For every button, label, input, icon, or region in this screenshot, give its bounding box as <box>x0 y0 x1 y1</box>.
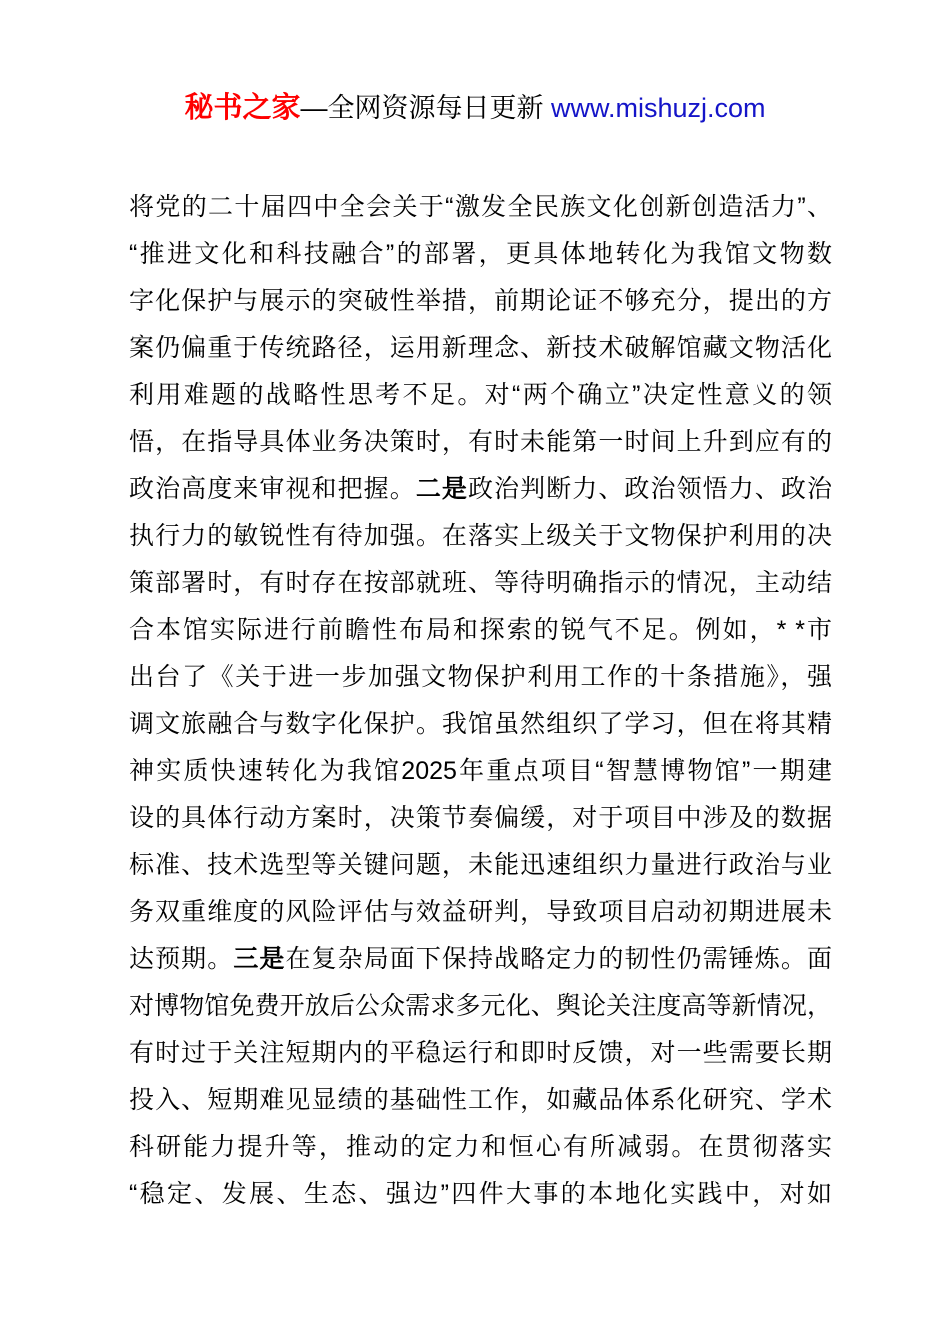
text-line: “推进文化和科技融合”的部署，更具体地转化为我馆文物数 <box>129 231 832 278</box>
text-run: “稳定、发展、生态、强边”四件大事的本地化实践中，对如 <box>129 1180 832 1208</box>
text-run: 利用难题的战略性思考不足。对“两个确立”决定性意义的领 <box>129 381 832 409</box>
text-run: 调文旅融合与数字化保护。我馆虽然组织了学习，但在将其精 <box>129 710 832 738</box>
text-run: 务双重维度的风险评估与效益研判，导致项目启动初期进展未 <box>129 898 832 926</box>
document-body: 将党的二十届四中全会关于“激发全民族文化创新创造活力”、“推进文化和科技融合”的… <box>129 184 832 1218</box>
text-run: 策部署时，有时存在按部就班、等待明确指示的情况，主动结 <box>129 569 832 597</box>
text-run: 设的具体行动方案时，决策节奏偏缓，对于项目中涉及的数据 <box>129 804 832 832</box>
text-line: 调文旅融合与数字化保护。我馆虽然组织了学习，但在将其精 <box>129 701 832 748</box>
text-line: 设的具体行动方案时，决策节奏偏缓，对于项目中涉及的数据 <box>129 795 832 842</box>
bold-run: 三是 <box>233 945 285 973</box>
text-line: 对博物馆免费开放后公众需求多元化、舆论关注度高等新情况， <box>129 983 832 1030</box>
text-line: 有时过于关注短期内的平稳运行和即时反馈，对一些需要长期 <box>129 1030 832 1077</box>
text-line: 达预期。三是在复杂局面下保持战略定力的韧性仍需锤炼。面 <box>129 936 832 983</box>
text-run: 悟，在指导具体业务决策时，有时未能第一时间上升到应有的 <box>129 428 832 456</box>
text-run: 在复杂局面下保持战略定力的韧性仍需锤炼。面 <box>285 945 832 973</box>
text-run: 出台了《关于进一步加强文物保护利用工作的十条措施》，强 <box>129 663 832 691</box>
site-url-link[interactable]: www.mishuzj.com <box>551 93 766 123</box>
text-line: 案仍偏重于传统路径，运用新理念、新技术破解馆藏文物活化 <box>129 325 832 372</box>
text-line: 执行力的敏锐性有待加强。在落实上级关于文物保护利用的决 <box>129 513 832 560</box>
text-run: 合本馆实际进行前瞻性布局和探索的锐气不足。例如，* *市 <box>129 616 832 644</box>
text-run: “推进文化和科技融合”的部署，更具体地转化为我馆文物数 <box>129 240 832 268</box>
text-line: 利用难题的战略性思考不足。对“两个确立”决定性意义的领 <box>129 372 832 419</box>
text-line: 字化保护与展示的突破性举措，前期论证不够充分，提出的方 <box>129 278 832 325</box>
text-line: 悟，在指导具体业务决策时，有时未能第一时间上升到应有的 <box>129 419 832 466</box>
site-header: 秘书之家—全网资源每日更新 www.mishuzj.com <box>0 90 950 126</box>
text-run: 有时过于关注短期内的平稳运行和即时反馈，对一些需要长期 <box>129 1039 832 1067</box>
text-line: “稳定、发展、生态、强边”四件大事的本地化实践中，对如 <box>129 1171 832 1218</box>
text-line: 务双重维度的风险评估与效益研判，导致项目启动初期进展未 <box>129 889 832 936</box>
document-page: 秘书之家—全网资源每日更新 www.mishuzj.com 将党的二十届四中全会… <box>0 0 950 1344</box>
text-run: 科研能力提升等，推动的定力和恒心有所减弱。在贯彻落实 <box>129 1133 832 1161</box>
text-line: 策部署时，有时存在按部就班、等待明确指示的情况，主动结 <box>129 560 832 607</box>
text-line: 投入、短期难见显绩的基础性工作，如藏品体系化研究、学术 <box>129 1077 832 1124</box>
text-run: 政治判断力、政治领悟力、政治 <box>468 475 832 503</box>
text-run: 标准、技术选型等关键问题，未能迅速组织力量进行政治与业 <box>129 851 832 879</box>
text-run: 达预期。 <box>129 945 233 973</box>
site-name: 秘书之家 <box>184 92 300 124</box>
text-run: 对博物馆免费开放后公众需求多元化、舆论关注度高等新情况， <box>129 992 832 1020</box>
text-run: 投入、短期难见显绩的基础性工作，如藏品体系化研究、学术 <box>129 1086 832 1114</box>
text-run: 将党的二十届四中全会关于“激发全民族文化创新创造活力”、 <box>129 193 832 221</box>
text-line: 政治高度来审视和把握。二是政治判断力、政治领悟力、政治 <box>129 466 832 513</box>
text-line: 标准、技术选型等关键问题，未能迅速组织力量进行政治与业 <box>129 842 832 889</box>
bold-run: 二是 <box>416 475 468 503</box>
text-run: 字化保护与展示的突破性举措，前期论证不够充分，提出的方 <box>129 287 832 315</box>
text-run: 执行力的敏锐性有待加强。在落实上级关于文物保护利用的决 <box>129 522 832 550</box>
text-run: 案仍偏重于传统路径，运用新理念、新技术破解馆藏文物活化 <box>129 334 832 362</box>
text-line: 神实质快速转化为我馆2025年重点项目“智慧博物馆”一期建 <box>129 748 832 795</box>
text-line: 将党的二十届四中全会关于“激发全民族文化创新创造活力”、 <box>129 184 832 231</box>
text-line: 合本馆实际进行前瞻性布局和探索的锐气不足。例如，* *市 <box>129 607 832 654</box>
text-run: 政治高度来审视和把握。 <box>129 475 416 503</box>
text-line: 出台了《关于进一步加强文物保护利用工作的十条措施》，强 <box>129 654 832 701</box>
site-tagline: —全网资源每日更新 <box>300 93 551 123</box>
text-line: 科研能力提升等，推动的定力和恒心有所减弱。在贯彻落实 <box>129 1124 832 1171</box>
text-run: 神实质快速转化为我馆2025年重点项目“智慧博物馆”一期建 <box>129 757 832 785</box>
